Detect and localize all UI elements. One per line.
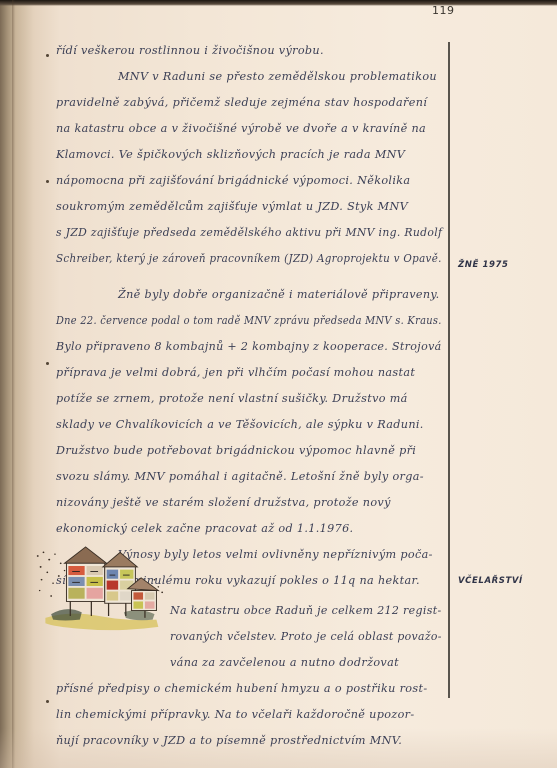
text-line: vána za zavčelenou a nutno dodržovat [170, 656, 399, 669]
text-line: nizovány ještě ve starém složení družstv… [56, 496, 391, 509]
text-line: ekonomický celek začne pracovat až od 1.… [56, 522, 353, 535]
text-line: Žně byly dobře organizačně i materiálově… [118, 288, 440, 301]
text-line: Dne 22. července podal o tom radě MNV zp… [56, 314, 442, 327]
page-number: 119 [432, 4, 455, 17]
text-line: příprava je velmi dobrá, jen při vlhčím … [56, 366, 415, 379]
page-top-edge [0, 0, 557, 6]
text-line: sklady ve Chvalíkovicích a ve Těšovicích… [56, 418, 424, 431]
text-line: nápomocna při zajišťování brigádnické vý… [56, 174, 410, 187]
beehives-illustration [32, 536, 166, 636]
text-line: rovaných včelstev. Proto je celá oblast … [170, 630, 442, 643]
text-line: MNV v Raduni se přesto zemědělskou probl… [118, 70, 437, 83]
text-line: řídí veškerou rostlinnou i živočišnou vý… [56, 44, 324, 57]
text-line: pravidelně zabývá, přičemž sleduje zejmé… [56, 96, 427, 109]
text-line: Klamovci. Ve špičkových sklizňových prac… [56, 148, 405, 161]
chronicle-page: 119 řídí veškerou rostlinnou i živočišno… [0, 0, 557, 768]
text-line: Schreiber, který je zároveň pracovníkem … [56, 252, 442, 265]
margin-rule [448, 42, 450, 698]
margin-note-harvest: ŽNĚ 1975 [458, 260, 509, 270]
text-line: na katastru obce a v živočišné výrobě ve… [56, 122, 426, 135]
text-line: ňují pracovníky v JZD a to písemně prost… [56, 734, 402, 747]
binding-fold [12, 0, 15, 768]
text-line: Družstvo bude potřebovat brigádnickou vý… [56, 444, 416, 457]
text-line: lin chemickými přípravky. Na to včelaři … [56, 708, 415, 721]
text-line: Bylo připraveno 8 kombajnů + 2 kombajny … [56, 340, 442, 353]
text-line: s JZD zajišťuje předseda zemědělského ak… [56, 226, 442, 239]
text-line: svozu slámy. MNV pomáhal i agitačně. Let… [56, 470, 424, 483]
text-line: potíže se zrnem, protože není vlastní su… [56, 392, 408, 405]
text-line: soukromým zemědělcům zajišťuje výmlat u … [56, 200, 408, 213]
margin-note-beekeeping: VČELAŘSTVÍ [458, 576, 523, 586]
text-line: přísné předpisy o chemickém hubení hmyzu… [56, 682, 427, 695]
text-line: Na katastru obce Raduň je celkem 212 reg… [170, 604, 442, 617]
